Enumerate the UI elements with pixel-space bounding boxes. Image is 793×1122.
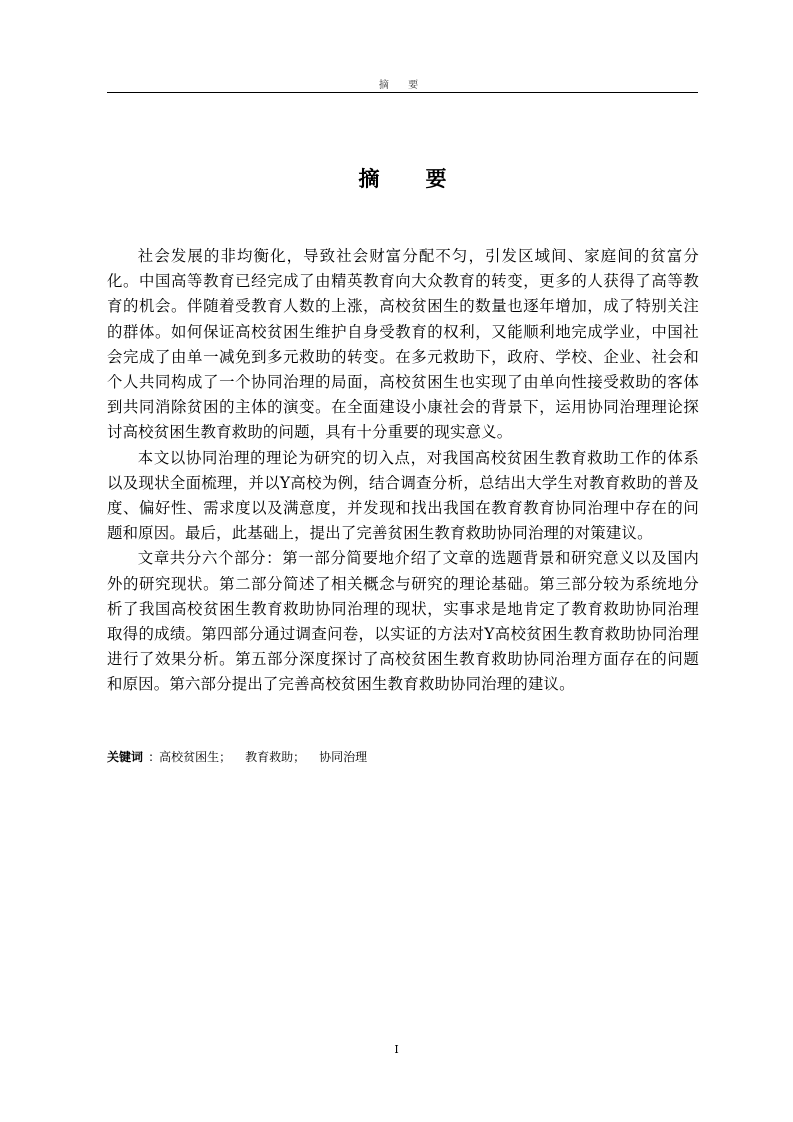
abstract-paragraph-2: 本文以协同治理的理论为研究的切入点，对我国高校贫困生教育救助工作的体系以及现状全… — [107, 446, 699, 547]
keyword-item: 高校贫困生； — [159, 750, 231, 764]
running-header: 摘 要 — [107, 76, 698, 91]
page-number: I — [0, 1043, 793, 1056]
page-title: 摘要 — [107, 163, 698, 193]
keywords-line: 关键词:高校贫困生；教育救助；协同治理 — [107, 748, 381, 765]
keywords-label: 关键词 — [107, 750, 143, 764]
keyword-item: 教育救助； — [245, 750, 305, 764]
abstract-paragraph-3: 文章共分六个部分：第一部分简要地介绍了文章的选题背景和研究意义以及国内外的研究现… — [107, 546, 699, 697]
abstract-body: 社会发展的非均衡化，导致社会财富分配不匀，引发区域间、家庭间的贫富分化。中国高等… — [107, 244, 699, 698]
abstract-paragraph-1: 社会发展的非均衡化，导致社会财富分配不匀，引发区域间、家庭间的贫富分化。中国高等… — [107, 244, 699, 446]
keywords-separator: : — [149, 750, 153, 764]
keyword-item: 协同治理 — [319, 750, 367, 764]
title-char-1: 摘 — [359, 163, 380, 193]
title-char-2: 要 — [426, 163, 447, 193]
header-rule — [107, 92, 698, 93]
